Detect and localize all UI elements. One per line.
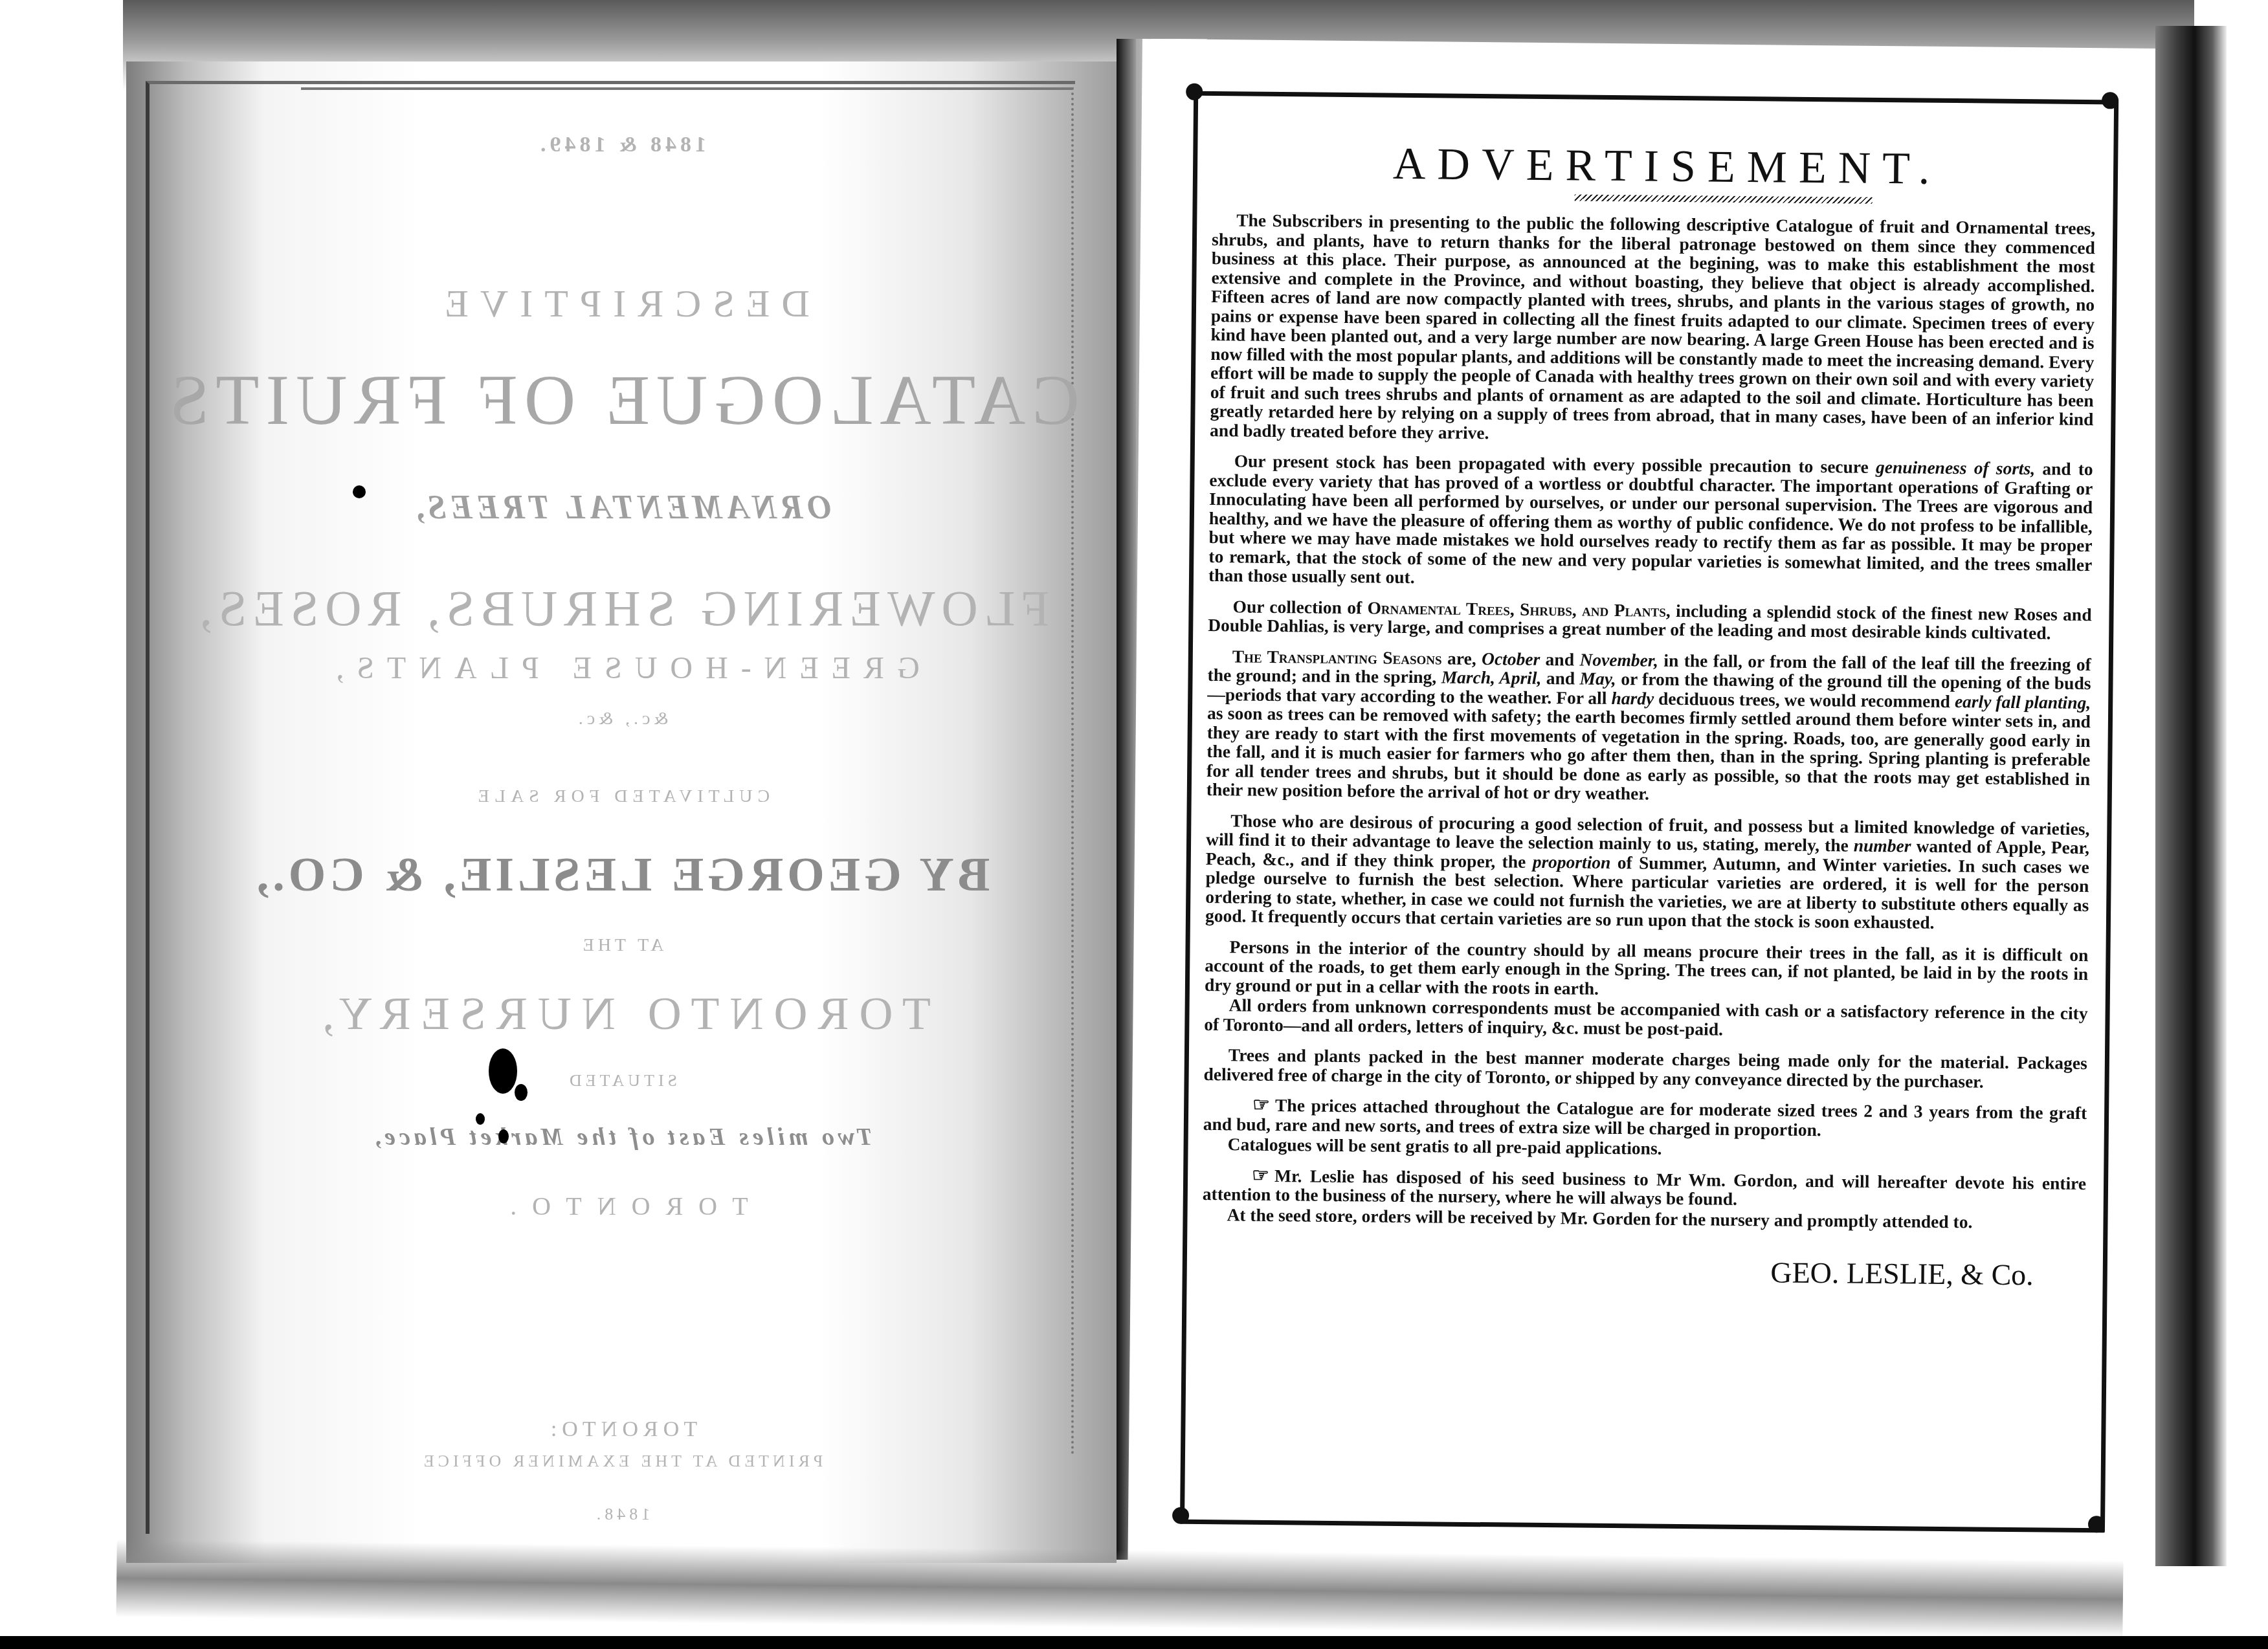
manicule-icon: ☞	[1227, 1166, 1269, 1185]
emphasis-text: hardy	[1611, 688, 1654, 709]
page-title: ADVERTISEMENT.	[1238, 137, 2096, 197]
text-run: and	[1541, 668, 1579, 689]
paragraph-seed-business: ☞Mr. Leslie has disposed of his seed bus…	[1203, 1165, 2087, 1212]
text-run: and to exclude every variety that has pr…	[1208, 458, 2093, 587]
ghost-line-by-george-leslie: BY GEORGE LESLIE, & CO.,	[126, 848, 1117, 903]
ghost-line-flowering: FLOWERING SHRUBS, ROSES,	[126, 579, 1117, 637]
ghost-line-toronto-imprint: TORONTO:	[126, 1417, 1117, 1442]
paragraph-transplanting: The Transplanting Seasons are, October a…	[1206, 647, 2091, 808]
text-run: are,	[1442, 648, 1482, 669]
text-run: as soon as trees can be removed with saf…	[1206, 703, 2091, 804]
right-page: ADVERTISEMENT. The Subscribers in presen…	[1128, 39, 2178, 1576]
corner-ornament-icon	[1186, 83, 1203, 100]
ghost-line-two-miles: Two miles East of the Market Place,	[126, 1123, 1117, 1151]
left-page: 1848 & 1849. DESCRIPTIVE CATALOGUE OF FR…	[126, 61, 1117, 1563]
emphasis-text: genuineness of sorts,	[1876, 457, 2035, 478]
ghost-line-ornamental: ORNAMENTAL TREES,	[126, 489, 1117, 527]
corner-ornament-icon	[2102, 92, 2118, 109]
manicule-icon: ☞	[1228, 1095, 1270, 1114]
text-run: Our collection of	[1232, 596, 1367, 617]
text-run: and	[1540, 648, 1580, 669]
paragraph-orders: All orders from unknown correspondents m…	[1204, 995, 2088, 1042]
emphasis-text: March, April,	[1441, 667, 1542, 687]
paragraph-selection: Those who are desirous of procuring a go…	[1205, 811, 2090, 934]
wavy-rule-divider	[1575, 194, 1873, 203]
emphasis-text: early fall planting,	[1955, 691, 2091, 713]
emphasis-text: proportion	[1533, 851, 1611, 872]
corner-ornament-icon	[2088, 1516, 2105, 1533]
scan-bottom-edge	[0, 1636, 2268, 1649]
text-run: Mr. Leslie has disposed of his seed busi…	[1203, 1166, 2087, 1209]
ghost-line-catalogue: CATALOGUE OF FRUITS	[126, 359, 1117, 441]
ghost-line-printed: PRINTED AT THE EXAMINER OFFICE	[126, 1452, 1117, 1471]
paragraph-interior: Persons in the interior of the country s…	[1205, 936, 2089, 1002]
ink-blot	[489, 1048, 517, 1094]
ghost-line-etc: &c., &c.	[126, 709, 1117, 729]
book-fore-edge	[2155, 26, 2227, 1566]
paragraph-packing: Trees and plants packed in the best mann…	[1204, 1045, 2088, 1092]
ghost-line-descriptive: DESCRIPTIVE	[126, 282, 1117, 326]
paragraph-intro: The Subscribers in presenting to the pub…	[1210, 210, 2095, 448]
emphasis-text: November,	[1579, 649, 1658, 670]
emphasis-text: May,	[1579, 669, 1616, 689]
ghost-line-cultivated: CULTIVATED FOR SALE	[126, 786, 1117, 807]
advertisement-body: ADVERTISEMENT. The Subscribers in presen…	[1202, 111, 2096, 1292]
corner-ornament-icon	[1172, 1507, 1189, 1524]
ghost-line-toronto: TORONTO.	[126, 1191, 1117, 1221]
emphasis-text: October	[1482, 648, 1540, 669]
ghost-line-situated: SITUATED	[126, 1071, 1117, 1090]
ink-blot	[353, 485, 366, 498]
ghost-line-years: 1848 & 1849.	[126, 133, 1117, 157]
paragraph-stock: Our present stock has been propagated wi…	[1208, 451, 2093, 593]
emphasis-text: number	[1854, 836, 1911, 856]
ink-blot	[498, 1129, 509, 1144]
ink-blot	[515, 1084, 528, 1101]
ghost-line-greenhouse: GREEN-HOUSE PLANTS,	[126, 650, 1117, 686]
ghost-line-year: 1848.	[126, 1505, 1117, 1524]
text-run: The prices attached throughout the Catal…	[1203, 1095, 2087, 1140]
paragraph-collection: Our collection of Ornamental Trees, Shru…	[1208, 597, 2092, 643]
ink-blot	[476, 1113, 485, 1125]
ghost-line-at-the: AT THE	[126, 935, 1117, 956]
ghost-line-toronto-nursery: TORONTO NURSERY,	[126, 987, 1117, 1041]
